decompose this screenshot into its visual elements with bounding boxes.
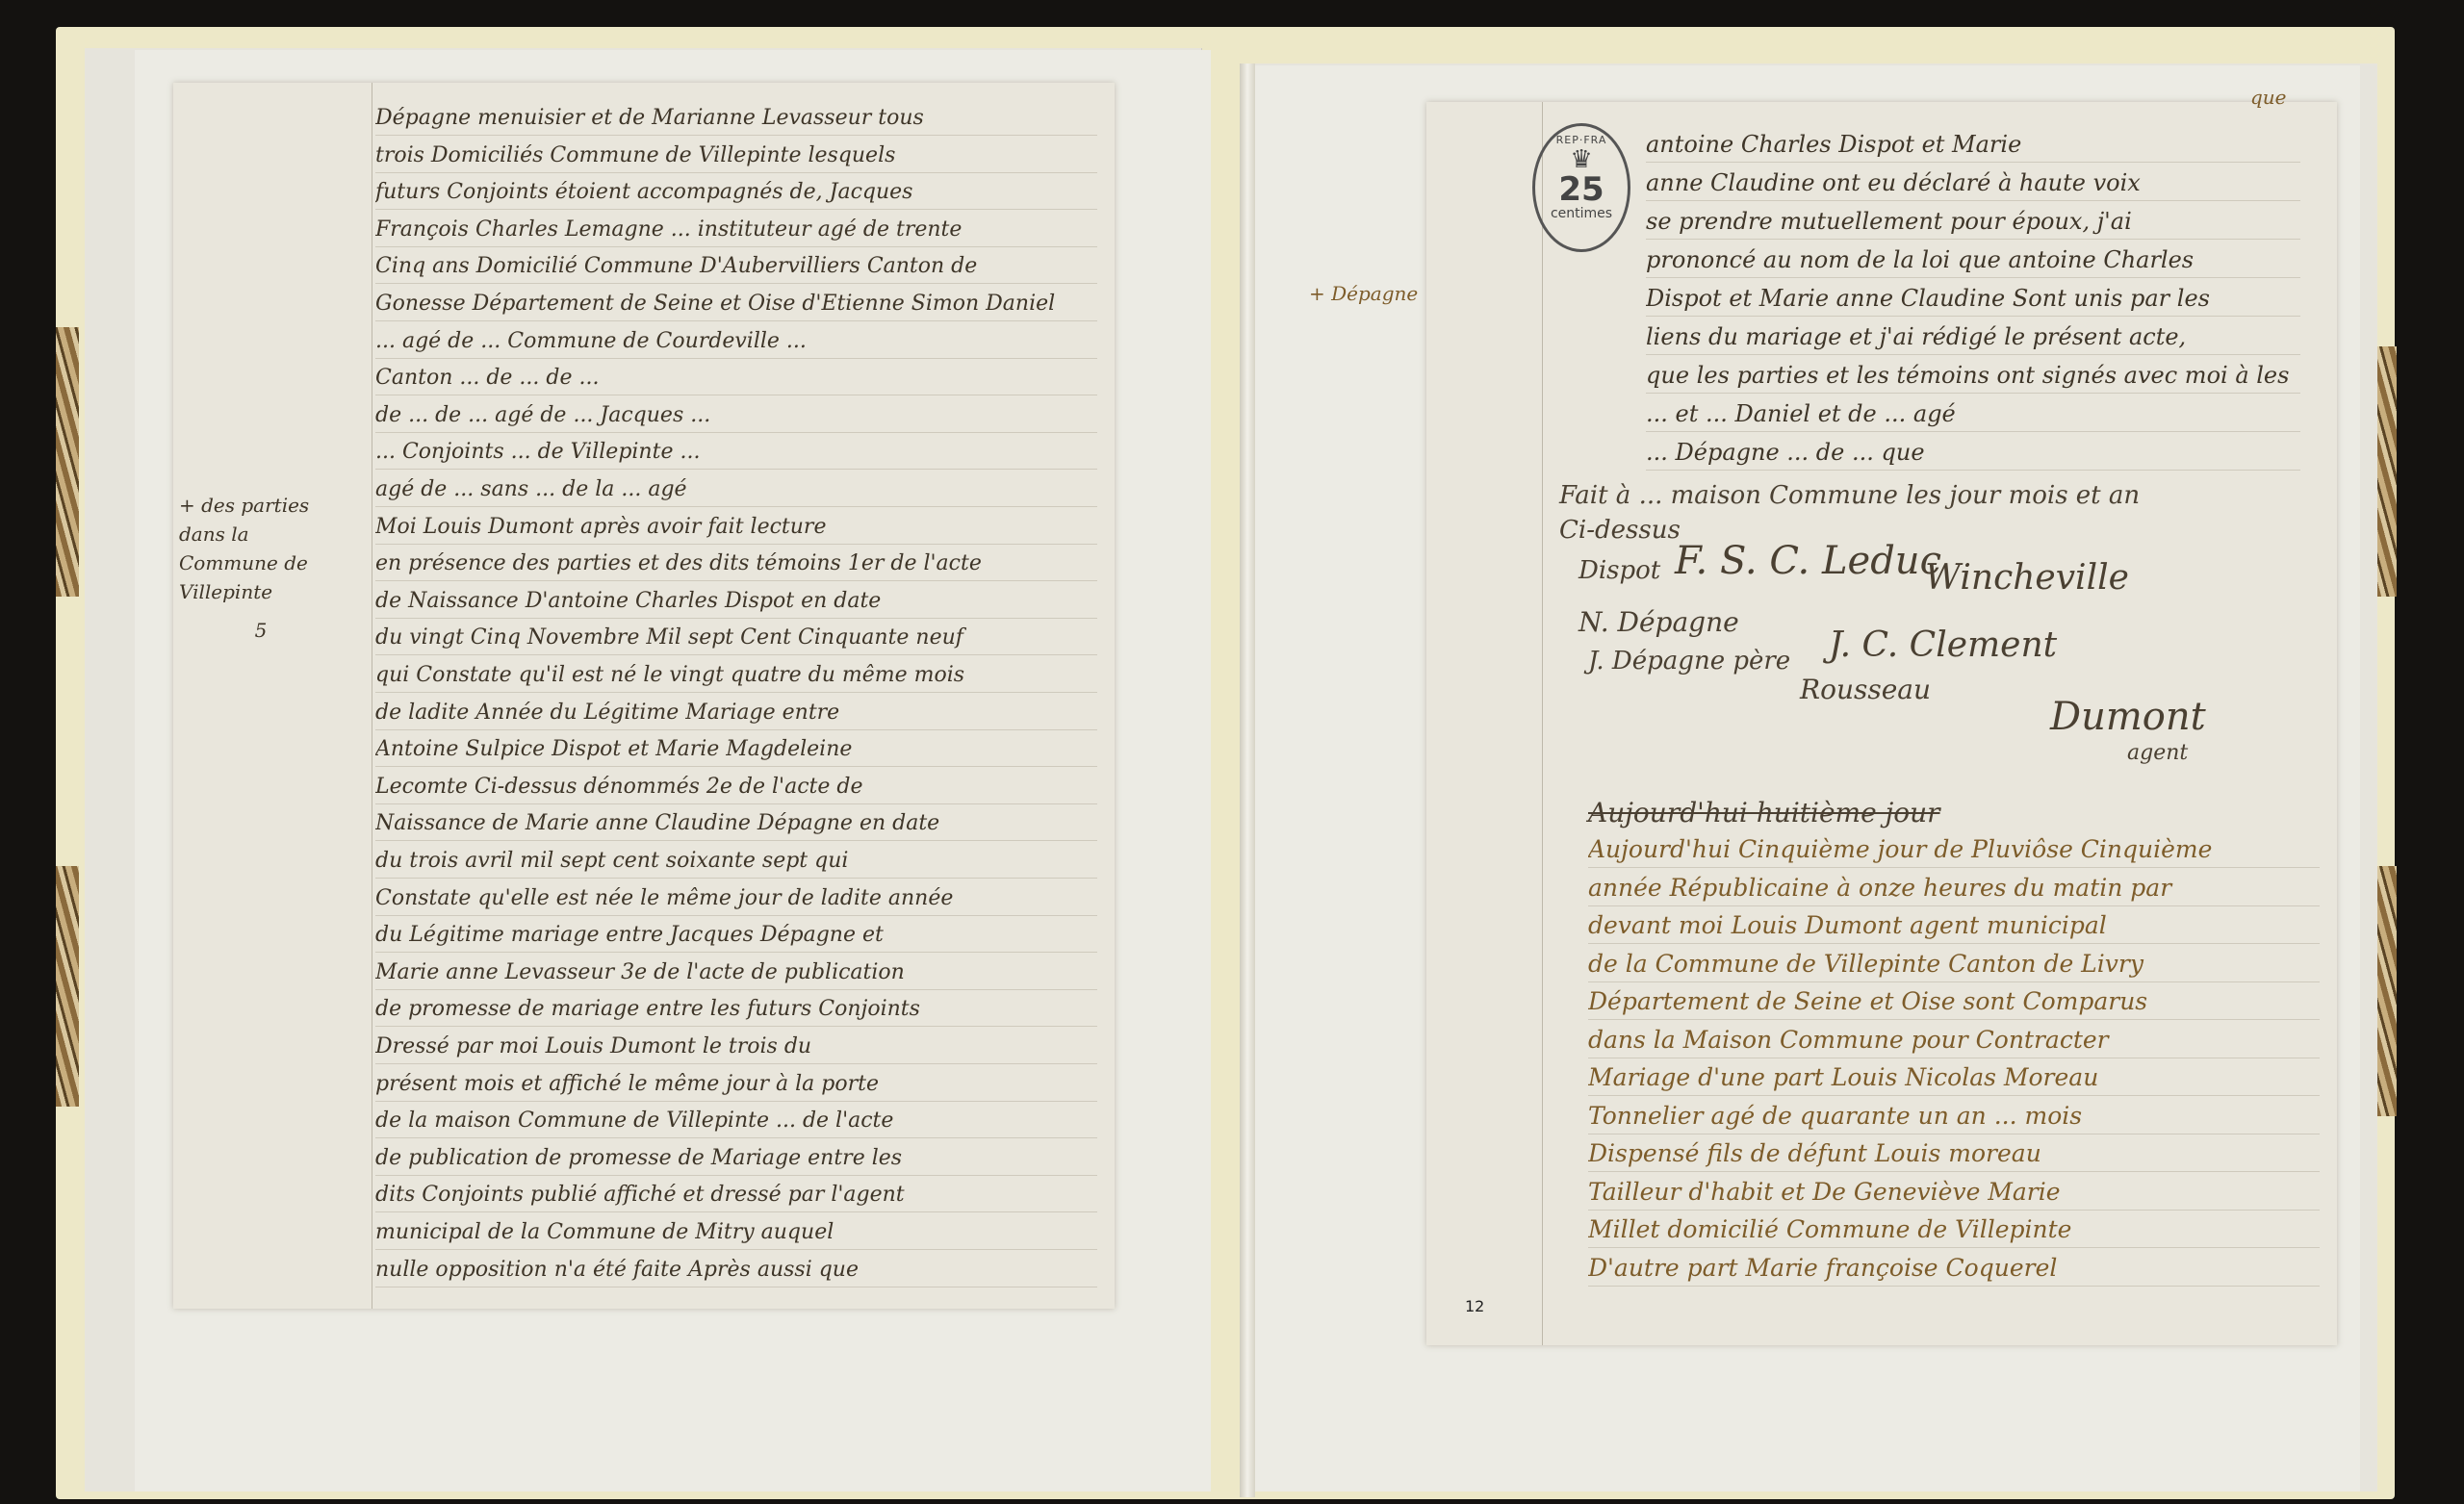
margin-note-line: Commune de (179, 548, 343, 577)
ruled-line (1588, 1286, 2320, 1287)
manuscript-line: ... agé de ... Commune de Courdeville ..… (375, 329, 1097, 353)
ruled-line (375, 618, 1097, 619)
manuscript-line: de ... de ... agé de ... Jacques ... (375, 403, 1097, 427)
left-margin-note: + des parties dans la Commune de Villepi… (179, 491, 343, 645)
signature-clement: J. C. Clement (1829, 625, 2057, 665)
ruled-line (375, 580, 1097, 581)
manuscript-line: dits Conjoints publié affiché et dressé … (375, 1183, 1097, 1207)
ruled-line (375, 283, 1097, 284)
signature-wincheville: Wincheville (1925, 558, 2129, 598)
signature-n-depagne: N. Dépagne (1578, 606, 1739, 638)
ruled-line (375, 1211, 1097, 1212)
ruled-line (1646, 354, 2300, 355)
manuscript-line: Cinq ans Domicilié Commune D'Aubervillie… (375, 254, 1097, 278)
margin-correction-que: que (2250, 83, 2287, 112)
manuscript-line: année Républicaine à onze heures du mati… (1588, 874, 2320, 902)
ruled-line (375, 135, 1097, 136)
manuscript-line: Tonnelier agé de quarante un an ... mois (1588, 1102, 2320, 1130)
manuscript-line: dans la Maison Commune pour Contracter (1588, 1026, 2320, 1054)
manuscript-line: de promesse de mariage entre les futurs … (375, 997, 1097, 1021)
manuscript-line: du trois avril mil sept cent soixante se… (375, 849, 1097, 873)
ruled-line (375, 1249, 1097, 1250)
manuscript-line: ... Conjoints ... de Villepinte ... (375, 440, 1097, 464)
signature-agent-title: agent (2127, 741, 2188, 765)
ruled-line (375, 1287, 1097, 1287)
ruled-line (375, 358, 1097, 359)
ruled-line (375, 544, 1097, 545)
ruled-line (375, 1137, 1097, 1138)
ruled-line (375, 692, 1097, 693)
ruled-line (375, 1101, 1097, 1102)
marbled-endpaper-right-bottom (2375, 866, 2397, 1116)
manuscript-line: de publication de promesse de Mariage en… (375, 1146, 1097, 1170)
ruled-line (375, 209, 1097, 210)
ruled-line (375, 654, 1097, 655)
ruled-line (1646, 470, 2300, 471)
signature-rousseau: Rousseau (1800, 674, 1931, 705)
marbled-endpaper-left-top (56, 327, 79, 597)
manuscript-line: du vingt Cinq Novembre Mil sept Cent Cin… (375, 625, 1097, 650)
manuscript-line: devant moi Louis Dumont agent municipal (1588, 911, 2320, 939)
manuscript-line: en présence des parties et des dits témo… (375, 551, 1097, 575)
ruled-line (1646, 393, 2300, 394)
margin-rule (1542, 102, 1543, 1345)
manuscript-line: Dispensé fils de défunt Louis moreau (1588, 1139, 2320, 1167)
ruled-line (375, 915, 1097, 916)
marbled-endpaper-right-top (2375, 346, 2397, 597)
manuscript-line: de Naissance D'antoine Charles Dispot en… (375, 589, 1097, 613)
ruled-line (375, 952, 1097, 953)
ruled-line (1646, 200, 2300, 201)
manuscript-line: D'autre part Marie françoise Coquerel (1588, 1254, 2320, 1282)
manuscript-line: nulle opposition n'a été faite Après aus… (375, 1258, 1097, 1282)
ruled-line (375, 803, 1097, 804)
ruled-line (375, 320, 1097, 321)
manuscript-line: François Charles Lemagne ... instituteur… (375, 217, 1097, 242)
manuscript-line: ... Dépagne ... de ... que (1646, 439, 2300, 466)
manuscript-line: liens du mariage et j'ai rédigé le prése… (1646, 323, 2300, 350)
left-manuscript-sheet: Dépagne menuisier et de Marianne Levasse… (173, 83, 1115, 1309)
manuscript-line: agé de ... sans ... de la ... agé (375, 477, 1097, 501)
ruled-line (1646, 431, 2300, 432)
folio-number: 12 (1465, 1297, 1484, 1315)
margin-paraph: 5 (179, 616, 343, 645)
manuscript-line: Département de Seine et Oise sont Compar… (1588, 987, 2320, 1015)
ruled-line (375, 989, 1097, 990)
manuscript-line: prononcé au nom de la loi que antoine Ch… (1646, 246, 2300, 273)
ruled-line (1588, 905, 2320, 906)
manuscript-line: se prendre mutuellement pour époux, j'ai (1646, 208, 2300, 235)
book-gutter (1240, 64, 1255, 1497)
closing-line: Fait à ... maison Commune les jour mois … (1559, 481, 2140, 510)
manuscript-line: Mariage d'une part Louis Nicolas Moreau (1588, 1063, 2320, 1091)
ruled-line (1588, 943, 2320, 944)
ruled-line (375, 172, 1097, 173)
manuscript-line: de la Commune de Villepinte Canton de Li… (1588, 950, 2320, 978)
ruled-line (375, 432, 1097, 433)
manuscript-line: Dressé par moi Louis Dumont le trois du (375, 1034, 1097, 1058)
ruled-line (375, 766, 1097, 767)
manuscript-line: Constate qu'elle est née le même jour de… (375, 886, 1097, 910)
ruled-line (1588, 1019, 2320, 1020)
margin-insert-depagne: + Dépagne (1309, 279, 1418, 308)
manuscript-line: Moi Louis Dumont après avoir fait lectur… (375, 515, 1097, 539)
ruled-line (1588, 1210, 2320, 1211)
margin-rule (372, 83, 372, 1309)
tax-stamp-25-centimes: REP·FRA ♛ 25 centimes (1532, 123, 1630, 252)
manuscript-line: antoine Charles Dispot et Marie (1646, 131, 2300, 158)
signature-leduc: F. S. C. Leduc (1675, 539, 1941, 583)
manuscript-line: Dépagne menuisier et de Marianne Levasse… (375, 106, 1097, 130)
ruled-line (375, 246, 1097, 247)
margin-note-line: + des parties dans la (179, 491, 343, 548)
struck-through-line: Aujourd'hui huitième jour (1588, 797, 1940, 828)
manuscript-line: Naissance de Marie anne Claudine Dépagne… (375, 811, 1097, 835)
manuscript-line: Tailleur d'habit et De Geneviève Marie (1588, 1178, 2320, 1206)
crown-icon: ♛ (1535, 146, 1628, 173)
manuscript-line: Antoine Sulpice Dispot et Marie Magdelei… (375, 737, 1097, 761)
ruled-line (1646, 239, 2300, 240)
ruled-line (375, 840, 1097, 841)
ruled-line (1646, 316, 2300, 317)
manuscript-line: Lecomte Ci-dessus dénommés 2e de l'acte … (375, 775, 1097, 799)
signature-j-depagne-pere: J. Dépagne père (1588, 647, 1790, 676)
ruled-line (1588, 867, 2320, 868)
manuscript-line: anne Claudine ont eu déclaré à haute voi… (1646, 169, 2300, 196)
marbled-endpaper-left-bottom (56, 866, 79, 1107)
ruled-line (375, 1175, 1097, 1176)
manuscript-line: Millet domicilié Commune de Villepinte (1588, 1215, 2320, 1243)
manuscript-line: futurs Conjoints étoient accompagnés de,… (375, 180, 1097, 204)
signature-dispot: Dispot (1578, 556, 1660, 585)
ruled-line (375, 469, 1097, 470)
manuscript-line: qui Constate qu'il est né le vingt quatr… (375, 663, 1097, 687)
manuscript-line: de la maison Commune de Villepinte ... d… (375, 1109, 1097, 1133)
ruled-line (1588, 1247, 2320, 1248)
ruled-line (1588, 1058, 2320, 1058)
manuscript-line: que les parties et les témoins ont signé… (1646, 362, 2300, 389)
manuscript-line: municipal de la Commune de Mitry auquel (375, 1220, 1097, 1244)
manuscript-line: du Légitime mariage entre Jacques Dépagn… (375, 923, 1097, 947)
ruled-line (375, 1063, 1097, 1064)
manuscript-line: Dispot et Marie anne Claudine Sont unis … (1646, 285, 2300, 312)
margin-note-line: Villepinte (179, 577, 343, 606)
stamp-value: 25 (1535, 173, 1628, 206)
ruled-line (375, 878, 1097, 879)
closing-line: Ci-dessus (1559, 516, 1681, 545)
signature-dumont: Dumont (2050, 695, 2206, 739)
ruled-line (1646, 162, 2300, 163)
manuscript-line: Canton ... de ... de ... (375, 366, 1097, 390)
ruled-line (375, 395, 1097, 395)
ruled-line (375, 729, 1097, 730)
ruled-line (375, 506, 1097, 507)
stamp-unit: centimes (1535, 206, 1628, 221)
manuscript-line: Aujourd'hui Cinquième jour de Pluviôse C… (1588, 835, 2320, 863)
manuscript-line: ... et ... Daniel et de ... agé (1646, 400, 2300, 427)
manuscript-line: Gonesse Département de Seine et Oise d'E… (375, 292, 1097, 316)
manuscript-line: présent mois et affiché le même jour à l… (375, 1072, 1097, 1096)
ruled-line (1588, 1171, 2320, 1172)
manuscript-line: Marie anne Levasseur 3e de l'acte de pub… (375, 960, 1097, 984)
ruled-line (1588, 1095, 2320, 1096)
ruled-line (1588, 981, 2320, 982)
ruled-line (1646, 277, 2300, 278)
manuscript-line: de ladite Année du Légitime Mariage entr… (375, 701, 1097, 725)
ruled-line (375, 1026, 1097, 1027)
ruled-line (1588, 1134, 2320, 1134)
manuscript-line: trois Domiciliés Commune de Villepinte l… (375, 143, 1097, 167)
